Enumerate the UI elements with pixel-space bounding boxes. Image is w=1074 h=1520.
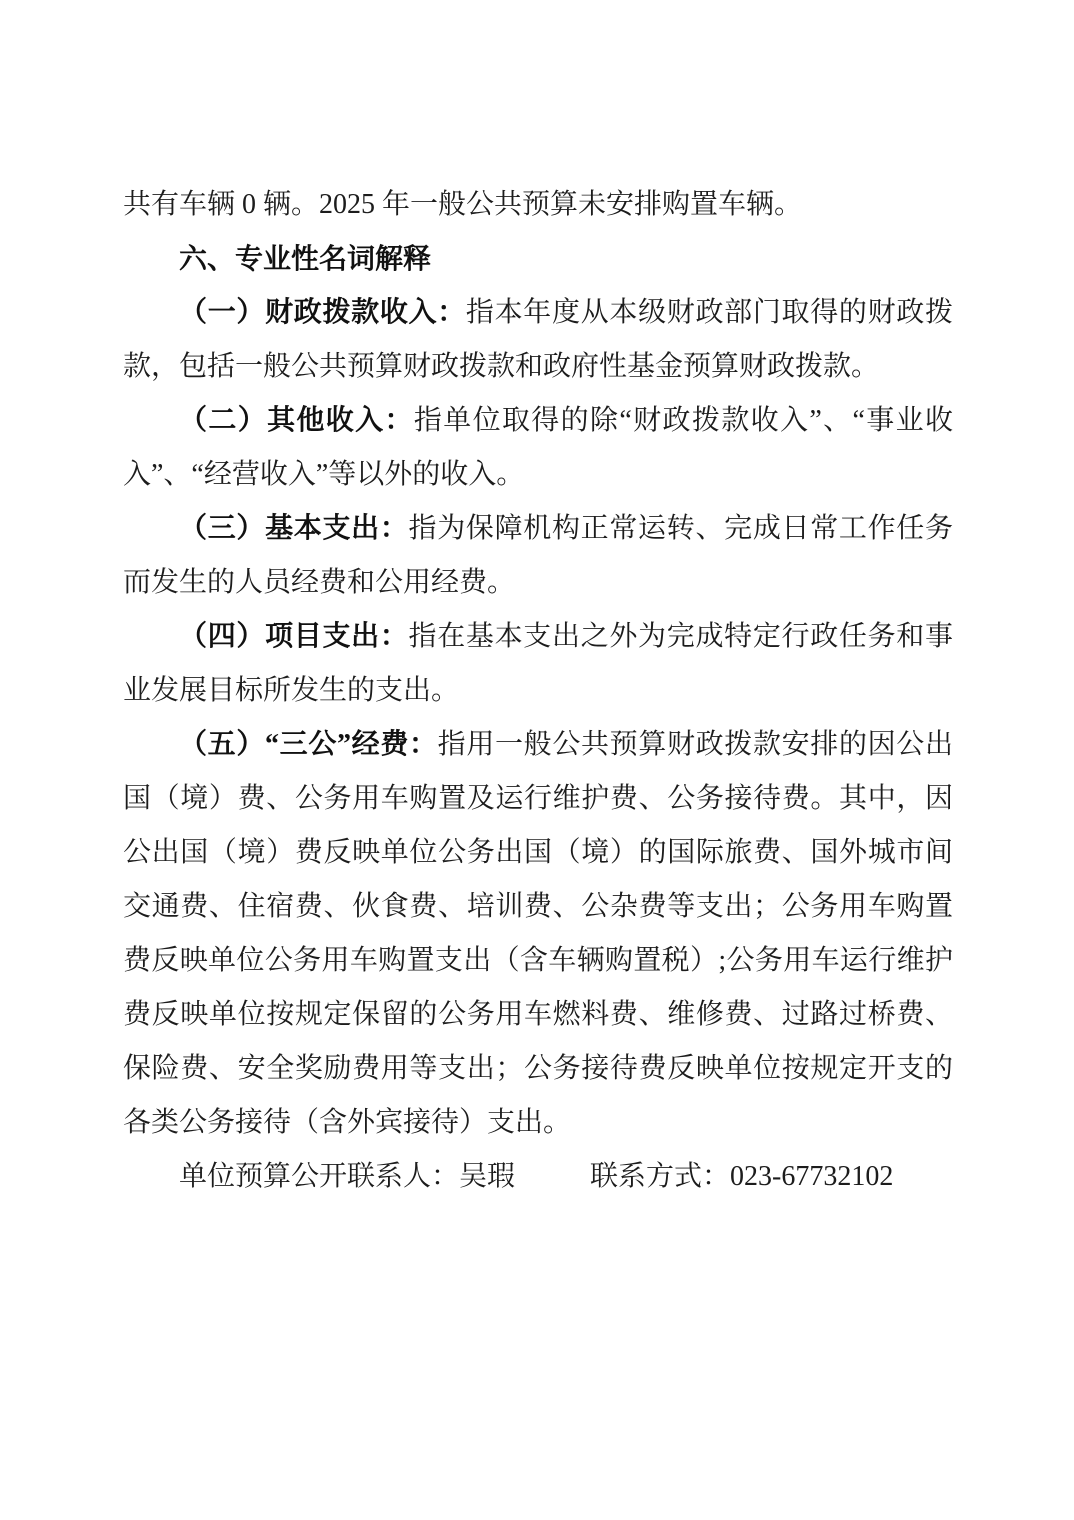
document-content: 共有车辆 0 辆。2025 年一般公共预算未安排购置车辆。 六、专业性名词解释 … bbox=[123, 178, 953, 1204]
definition-term-2: （二）其他收入： bbox=[179, 405, 414, 436]
definition-paragraph-2: （二）其他收入：指单位取得的除“财政拨款收入”、“事业收入”、“经营收入”等以外… bbox=[123, 394, 953, 502]
definition-paragraph-3: （三）基本支出：指为保障机构正常运转、完成日常工作任务而发生的人员经费和公用经费… bbox=[123, 502, 953, 610]
intro-paragraph: 共有车辆 0 辆。2025 年一般公共预算未安排购置车辆。 bbox=[123, 178, 953, 232]
definition-paragraph-1: （一）财政拨款收入：指本年度从本级财政部门取得的财政拨款，包括一般公共预算财政拨… bbox=[123, 286, 953, 394]
definition-paragraph-4: （四）项目支出：指在基本支出之外为完成特定行政任务和事业发展目标所发生的支出。 bbox=[123, 610, 953, 718]
section-heading: 六、专业性名词解释 bbox=[123, 232, 953, 286]
definition-term-5: （五）“三公”经费： bbox=[179, 729, 438, 760]
definition-term-3: （三）基本支出： bbox=[179, 513, 409, 544]
definition-body-5: 指用一般公共预算财政拨款安排的因公出国（境）费、公务用车购置及运行维护费、公务接… bbox=[123, 729, 953, 1138]
definition-paragraph-5: （五）“三公”经费：指用一般公共预算财政拨款安排的因公出国（境）费、公务用车购置… bbox=[123, 718, 953, 1150]
contact-label: 单位预算公开联系人： bbox=[179, 1161, 459, 1192]
definition-term-1: （一）财政拨款收入： bbox=[179, 297, 466, 328]
definition-term-4: （四）项目支出： bbox=[179, 621, 409, 652]
contact-name: 吴瑕 bbox=[459, 1161, 515, 1192]
contact-method-label: 联系方式： bbox=[590, 1161, 730, 1192]
document-page: 共有车辆 0 辆。2025 年一般公共预算未安排购置车辆。 六、专业性名词解释 … bbox=[0, 0, 1074, 1520]
contact-line: 单位预算公开联系人：吴瑕联系方式：023-67732102 bbox=[123, 1150, 953, 1204]
contact-phone: 023-67732102 bbox=[730, 1161, 893, 1192]
